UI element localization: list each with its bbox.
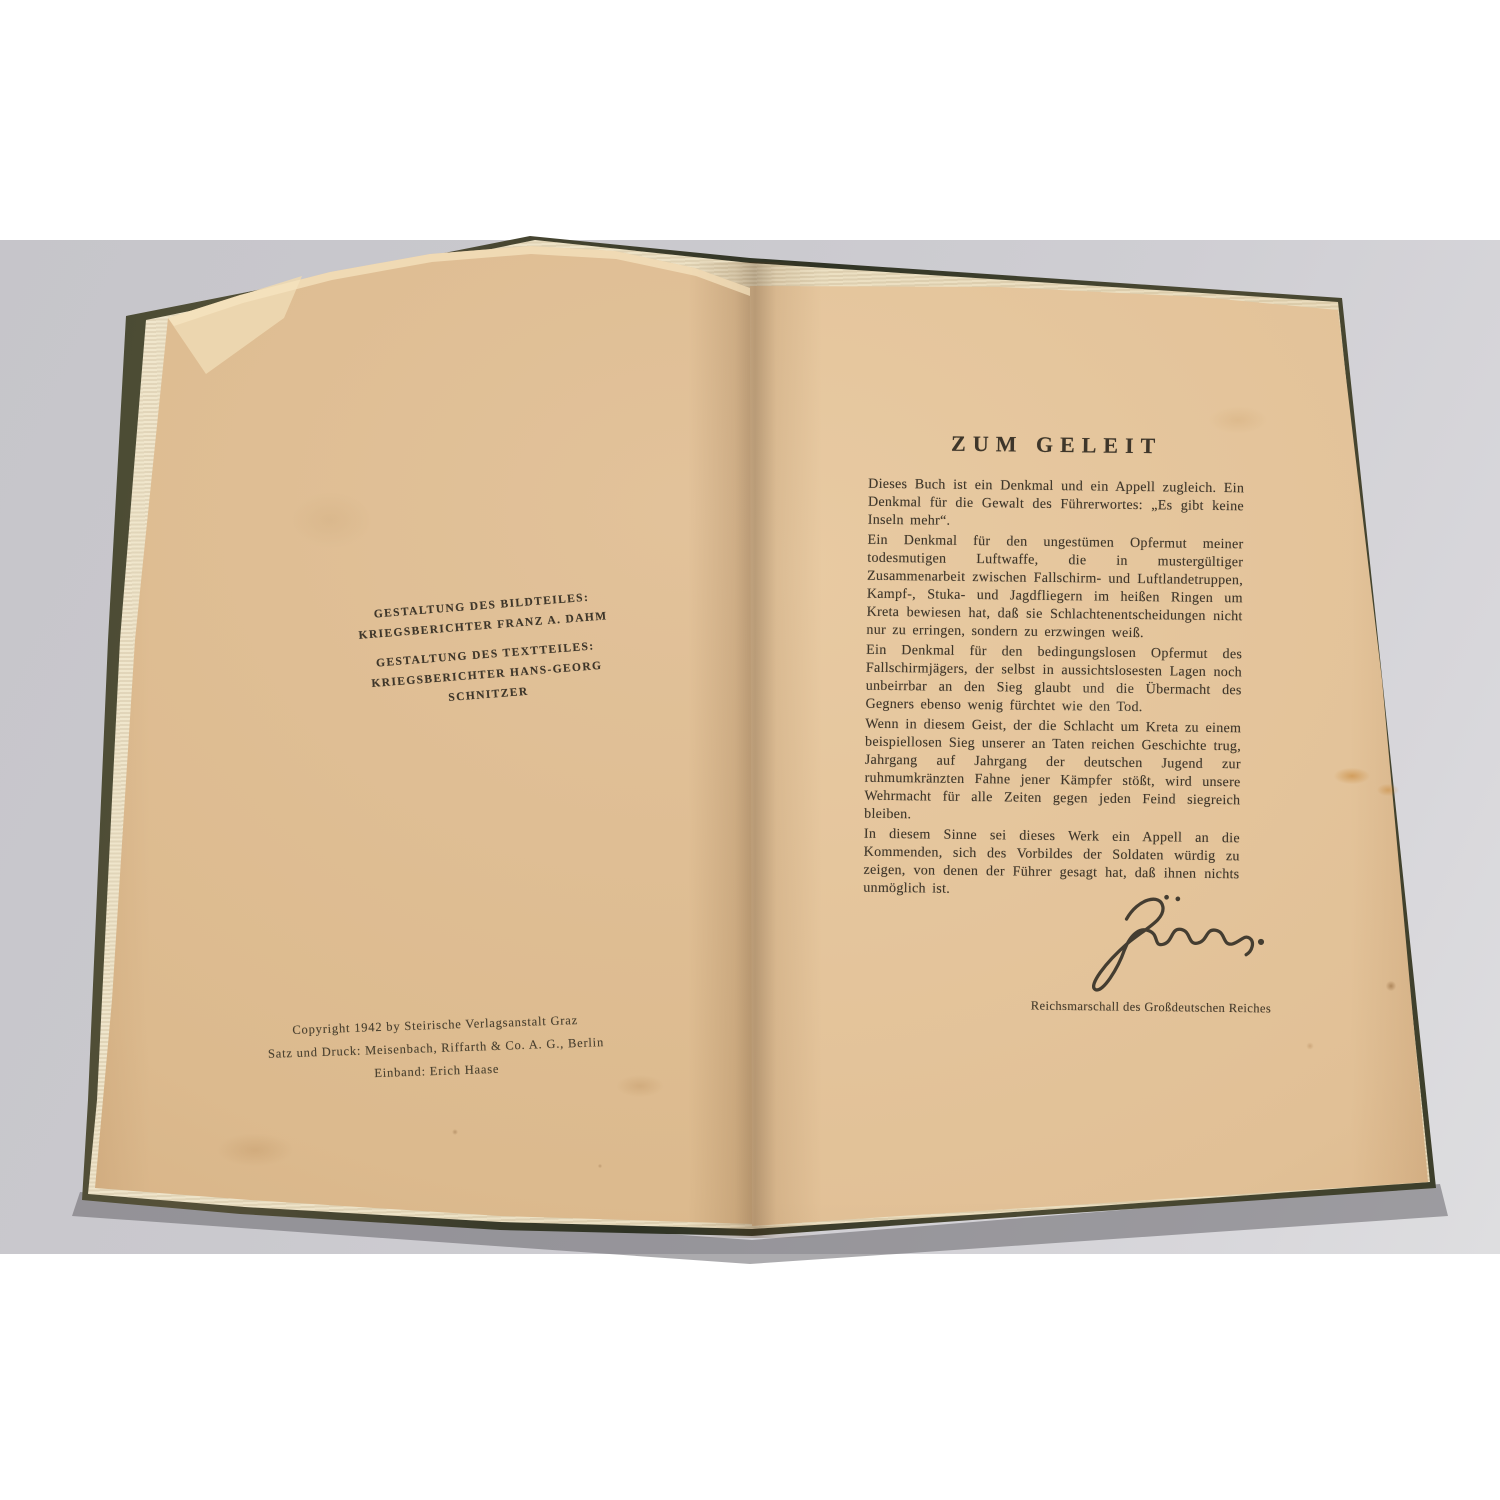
- gutter-shadow: [688, 262, 822, 1238]
- book-photo: GESTALTUNG DES BILDTEILES: KRIEGSBERICHT…: [0, 0, 1500, 1500]
- imprint-block: Copyright 1942 by Steirische Verlagsanst…: [244, 1007, 628, 1089]
- foreword-paragraph-3: Ein Denkmal für den bedingungslosen Opfe…: [865, 642, 1242, 719]
- goering-signature: Göring.: [1064, 882, 1272, 993]
- foreword-paragraph-4: Wenn in diesem Geist, der die Schlacht u…: [864, 716, 1241, 829]
- foreword-block: ZUM GELEIT Dieses Buch ist ein Denkmal u…: [863, 430, 1245, 905]
- foreword-paragraph-2: Ein Denkmal für den ungestümen Opfermut …: [866, 532, 1243, 645]
- foreword-title: ZUM GELEIT: [869, 430, 1245, 461]
- signature-scrawl-icon: [1064, 882, 1272, 993]
- foreword-paragraph-1: Dieses Buch ist ein Denkmal und ein Appe…: [868, 476, 1245, 535]
